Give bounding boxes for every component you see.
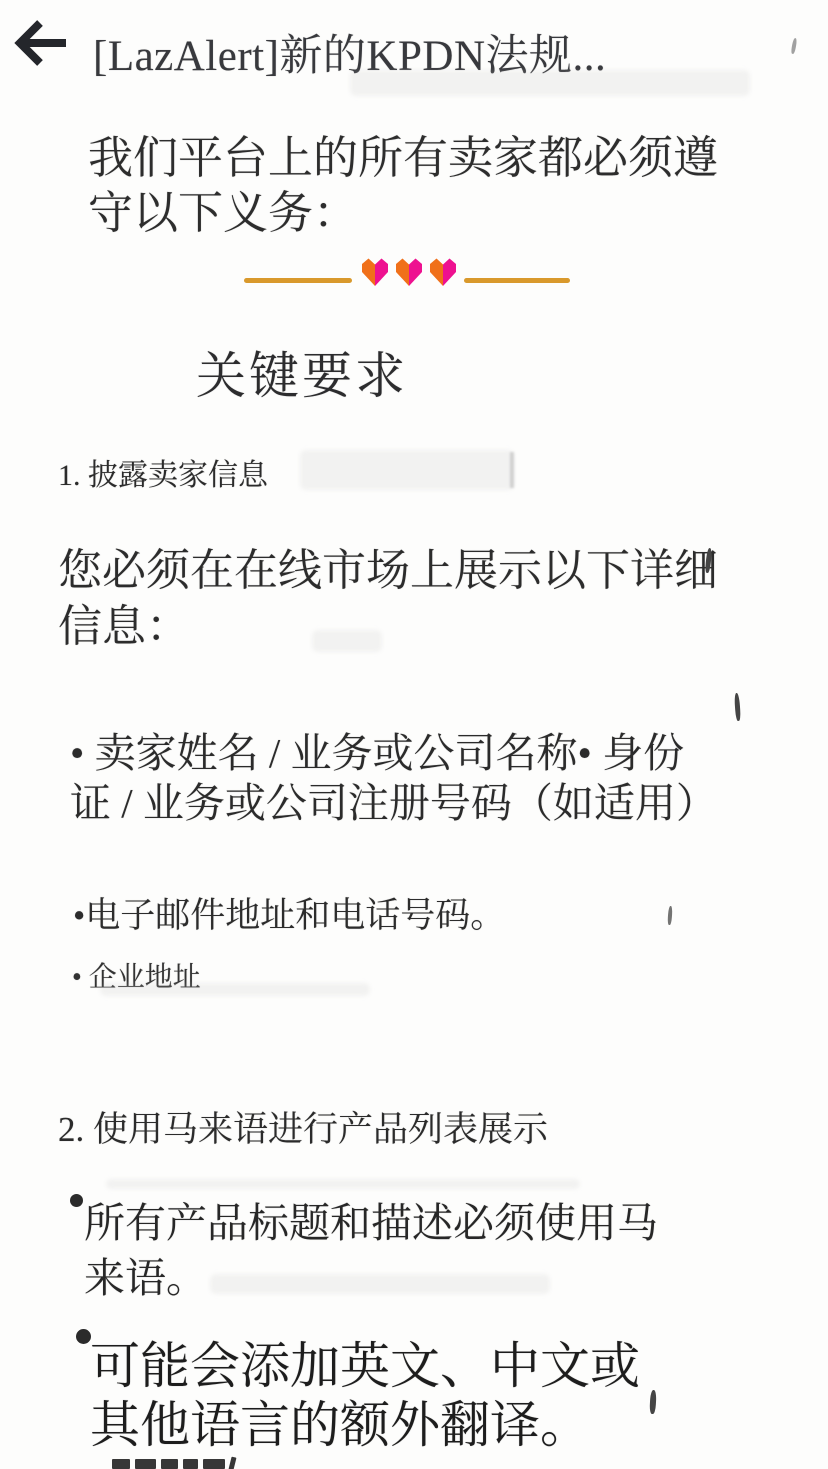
- divider-line-right: [464, 278, 570, 283]
- bullet-dot-icon: [76, 1329, 91, 1344]
- requirement-1-intro-line-2: 信息：: [58, 599, 718, 655]
- section-title: 关键要求: [196, 336, 408, 408]
- bullet-business-address: • 企业地址: [72, 955, 201, 995]
- requirement-2-heading: 2. 使用马来语进行产品列表展示: [58, 1102, 548, 1152]
- bullet-malay-listing-line-1: 所有产品标题和描述必须使用马: [84, 1196, 658, 1251]
- bullet-seller-name-line-2: 证 / 业务或公司注册号码（如适用）: [70, 778, 717, 828]
- bullet-seller-name: • 卖家姓名 / 业务或公司名称• 身份 证 / 业务或公司注册号码（如适用）: [70, 728, 717, 828]
- bullet-malay-listing-line-2: 来语。: [84, 1251, 658, 1306]
- bullet-email-phone: •电子邮件地址和电话号码。: [73, 888, 505, 938]
- page-title: [LazAlert]新的KPDN法规...: [93, 22, 606, 83]
- back-button[interactable]: [10, 16, 72, 70]
- intro-line-2: 守以下义务：: [88, 186, 718, 241]
- bullet-seller-name-line-1: • 卖家姓名 / 业务或公司名称• 身份: [70, 728, 717, 778]
- divider-line-left: [244, 278, 352, 283]
- intro-line-1: 我们平台上的所有卖家都必须遵: [88, 131, 718, 186]
- bullet-dot-icon: [70, 1194, 83, 1207]
- notification-detail-page: [LazAlert]新的KPDN法规... 我们平台上的所有卖家都必须遵 守以下…: [0, 0, 828, 1469]
- scan-artifact: [510, 452, 514, 488]
- lazada-hearts-icon: [360, 256, 458, 295]
- bullet-malay-listing: 所有产品标题和描述必须使用马 来语。: [84, 1196, 658, 1306]
- requirement-1-intro: 您必须在在线市场上展示以下详细 信息：: [58, 543, 718, 655]
- bullet-extra-translation: 可能会添加英文、中文或 其他语言的额外翻译。: [90, 1337, 640, 1455]
- ink-speck: [791, 38, 798, 54]
- back-arrow-icon: [10, 58, 72, 73]
- intro-paragraph: 我们平台上的所有卖家都必须遵 守以下义务：: [88, 131, 718, 241]
- scan-artifact: [300, 450, 514, 490]
- requirement-1-intro-line-1: 您必须在在线市场上展示以下详细: [58, 543, 718, 599]
- bullet-extra-translation-line-2: 其他语言的额外翻译。: [90, 1396, 640, 1455]
- ink-speck: [734, 693, 741, 721]
- ink-speck: [667, 906, 672, 925]
- ink-speck: [649, 1390, 656, 1414]
- requirement-1-heading: 1. 披露卖家信息: [58, 450, 268, 494]
- bullet-extra-translation-line-1: 可能会添加英文、中文或: [90, 1337, 640, 1396]
- scan-artifact: [106, 1179, 580, 1189]
